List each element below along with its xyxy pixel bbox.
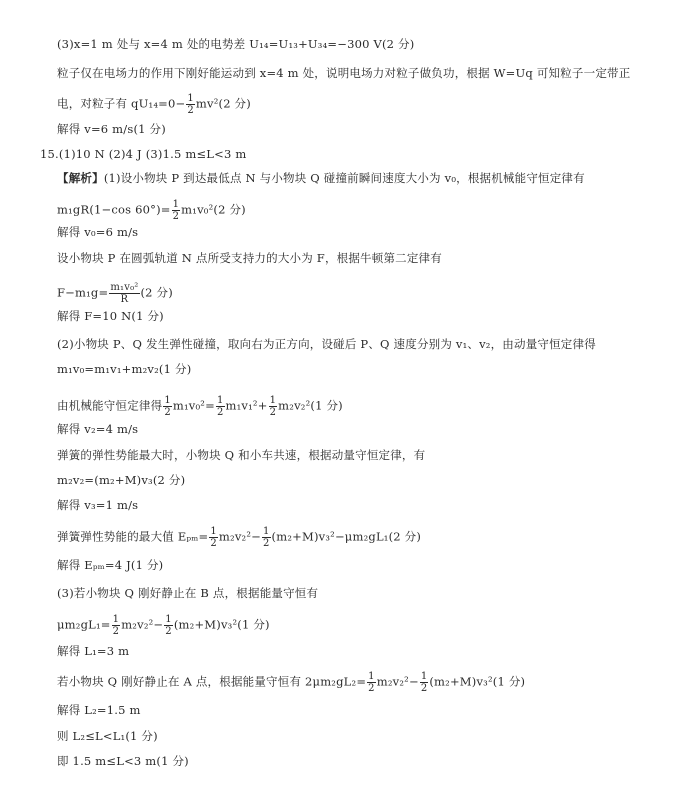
fraction: 12: [163, 395, 172, 418]
equation-line-energy-conservation: 由机械能守恒定律得12m₁v₀²=12m₁v₁²+12m₂v₂²(1 分): [57, 395, 343, 418]
line-text: m₂v₂=(m₂+M)v₃(2 分): [57, 473, 185, 487]
equation-term: m₂v₂²−: [377, 675, 419, 689]
fraction-denominator: 2: [216, 407, 225, 418]
equation-line-momentum: m₁v₀=m₁v₁+m₂v₂(1 分): [57, 362, 191, 376]
fraction-denominator: 2: [172, 211, 181, 222]
text-line-rest-at-B: (3)若小物块 Q 刚好静止在 B 点，根据能量守恒有: [57, 586, 318, 600]
equation-line-max-elastic-energy: 弹簧弹性势能的最大值 Eₚₘ=12m₂v₂²−12(m₂+M)v₃²−μm₂gL…: [57, 526, 421, 549]
equation-prefix: m₁gR(1−cos 60°)=: [57, 203, 171, 217]
line-text: 解得 L₂=1.5 m: [57, 703, 141, 717]
equation-line-energy-particle: 电，对粒子有 qU₁₄=0−12mv²(2 分): [57, 93, 251, 116]
line-text: 解得 v₂=4 m/s: [57, 422, 138, 436]
fraction: m₁v₀²R: [109, 282, 139, 305]
line-text: 粒子仅在电场力的作用下刚好能运动到 x=4 m 处，说明电场力对粒子做负功，根据…: [57, 66, 630, 80]
text-line-solve-F: 解得 F=10 N(1 分): [57, 309, 164, 323]
equation-suffix: (m₂+M)v₃²−μm₂gL₁(2 分): [272, 530, 422, 544]
fraction: 12: [164, 614, 173, 637]
fraction-numerator: 1: [112, 614, 121, 626]
equation-term: m₁v₀²=: [173, 399, 215, 413]
fraction-denominator: 2: [262, 538, 271, 549]
equation-line-energy-B: μm₂gL₁=12m₂v₂²−12(m₂+M)v₃²(1 分): [57, 614, 270, 637]
text-line-solve-Epm: 解得 Eₚₘ=4 J(1 分): [57, 558, 163, 572]
fraction-numerator: m₁v₀²: [109, 282, 139, 294]
equation-term: m₁v₁²+: [226, 399, 268, 413]
line-text: 解得 Eₚₘ=4 J(1 分): [57, 558, 163, 572]
line-text: 15.(1)10 N (2)4 J (3)1.5 m≤L<3 m: [40, 147, 246, 161]
line-text: 设小物块 P 在圆弧轨道 N 点所受支持力的大小为 F，根据牛顿第二定律有: [57, 251, 442, 265]
line-text: m₁v₀=m₁v₁+m₂v₂(1 分): [57, 362, 191, 376]
equation-suffix: (m₂+M)v₃²(1 分): [174, 618, 270, 632]
text-line-solve-v0: 解得 v₀=6 m/s: [57, 225, 138, 239]
fraction: 12: [112, 614, 121, 637]
fraction-denominator: 2: [209, 538, 218, 549]
line-text: 解得 v=6 m/s(1 分): [57, 122, 166, 136]
text-line-L-range: 则 L₂≤L<L₁(1 分): [57, 729, 158, 743]
fraction-denominator: 2: [269, 407, 278, 418]
text-line-support-force: 设小物块 P 在圆弧轨道 N 点所受支持力的大小为 F，根据牛顿第二定律有: [57, 251, 442, 265]
line-text: 解得 L₁=3 m: [57, 644, 129, 658]
equation-prefix: 电，对粒子有 qU₁₄=0−: [57, 97, 185, 111]
equation-prefix: 若小物块 Q 刚好静止在 A 点，根据能量守恒有 2μm₂gL₂=: [57, 675, 366, 689]
text-line-final-range: 即 1.5 m≤L<3 m(1 分): [57, 754, 189, 768]
line-text: 解得 v₃=1 m/s: [57, 498, 138, 512]
fraction-denominator: R: [109, 294, 139, 305]
fraction-numerator: 1: [164, 614, 173, 626]
fraction-denominator: 2: [112, 626, 121, 637]
answer-summary-q15: 15.(1)10 N (2)4 J (3)1.5 m≤L<3 m: [40, 147, 246, 161]
equation-suffix: (2 分): [141, 286, 173, 300]
fraction: 12: [209, 526, 218, 549]
fraction-numerator: 1: [172, 199, 181, 211]
equation-prefix: 由机械能守恒定律得: [57, 399, 162, 413]
equation-term: m₂v₂²−: [219, 530, 261, 544]
fraction-numerator: 1: [209, 526, 218, 538]
equation-line-newton-second: F−m₁g=m₁v₀²R(2 分): [57, 282, 173, 305]
equation-term: m₂v₂²−: [121, 618, 163, 632]
fraction-numerator: 1: [269, 395, 278, 407]
fraction-denominator: 2: [164, 626, 173, 637]
equation-prefix: 弹簧弹性势能的最大值 Eₚₘ=: [57, 530, 208, 544]
fraction-denominator: 2: [420, 683, 429, 694]
text-line-solve-v2: 解得 v₂=4 m/s: [57, 422, 138, 436]
fraction: 12: [186, 93, 195, 116]
equation-prefix: F−m₁g=: [57, 286, 108, 300]
line-text: 则 L₂≤L<L₁(1 分): [57, 729, 158, 743]
text-line-solve-L2: 解得 L₂=1.5 m: [57, 703, 141, 717]
fraction-denominator: 2: [186, 105, 195, 116]
equation-suffix: m₂v₂²(1 分): [278, 399, 343, 413]
line-text: 弹簧的弹性势能最大时，小物块 Q 和小车共速，根据动量守恒定律，有: [57, 448, 425, 462]
fraction: 12: [262, 526, 271, 549]
equation-line-mechanical-energy: m₁gR(1−cos 60°)=12m₁v₀²(2 分): [57, 199, 246, 222]
fraction: 12: [216, 395, 225, 418]
equation-suffix: mv²(2 分): [196, 97, 251, 111]
text-line-common-velocity: 弹簧的弹性势能最大时，小物块 Q 和小车共速，根据动量守恒定律，有: [57, 448, 425, 462]
equation-suffix: m₁v₀²(2 分): [181, 203, 246, 217]
line-text: 即 1.5 m≤L<3 m(1 分): [57, 754, 189, 768]
text-line-solve-v: 解得 v=6 m/s(1 分): [57, 122, 166, 136]
line-text: (1)设小物块 P 到达最低点 N 与小物块 Q 碰撞前瞬间速度大小为 v₀，根…: [104, 171, 585, 185]
fraction: 12: [367, 671, 376, 694]
text-line-negative-work: 粒子仅在电场力的作用下刚好能运动到 x=4 m 处，说明电场力对粒子做负功，根据…: [57, 66, 630, 80]
fraction: 12: [420, 671, 429, 694]
fraction-numerator: 1: [420, 671, 429, 683]
line-text: 解得 F=10 N(1 分): [57, 309, 164, 323]
fraction-denominator: 2: [367, 683, 376, 694]
equation-line-momentum-cart: m₂v₂=(m₂+M)v₃(2 分): [57, 473, 185, 487]
fraction: 12: [269, 395, 278, 418]
text-line-elastic-collision: (2)小物块 P、Q 发生弹性碰撞，取向右为正方向，设碰后 P、Q 速度分别为 …: [57, 337, 596, 351]
equation-suffix: (m₂+M)v₃²(1 分): [429, 675, 525, 689]
line-text: (3)若小物块 Q 刚好静止在 B 点，根据能量守恒有: [57, 586, 318, 600]
text-line-solve-L1: 解得 L₁=3 m: [57, 644, 129, 658]
fraction-numerator: 1: [216, 395, 225, 407]
text-line-solve-v3: 解得 v₃=1 m/s: [57, 498, 138, 512]
fraction-denominator: 2: [163, 407, 172, 418]
equation-line-energy-A: 若小物块 Q 刚好静止在 A 点，根据能量守恒有 2μm₂gL₂=12m₂v₂²…: [57, 671, 525, 694]
line-text: 解得 v₀=6 m/s: [57, 225, 138, 239]
analysis-heading-line: 【解析】(1)设小物块 P 到达最低点 N 与小物块 Q 碰撞前瞬间速度大小为 …: [57, 171, 585, 185]
fraction-numerator: 1: [186, 93, 195, 105]
text-line-potential-difference: (3)x=1 m 处与 x=4 m 处的电势差 U₁₄=U₁₃+U₃₄=−300…: [57, 37, 414, 51]
fraction-numerator: 1: [367, 671, 376, 683]
line-text: (2)小物块 P、Q 发生弹性碰撞，取向右为正方向，设碰后 P、Q 速度分别为 …: [57, 337, 596, 351]
analysis-tag: 【解析】: [57, 171, 104, 185]
fraction-numerator: 1: [262, 526, 271, 538]
fraction-numerator: 1: [163, 395, 172, 407]
line-text: (3)x=1 m 处与 x=4 m 处的电势差 U₁₄=U₁₃+U₃₄=−300…: [57, 37, 414, 51]
equation-prefix: μm₂gL₁=: [57, 618, 111, 632]
fraction: 12: [172, 199, 181, 222]
